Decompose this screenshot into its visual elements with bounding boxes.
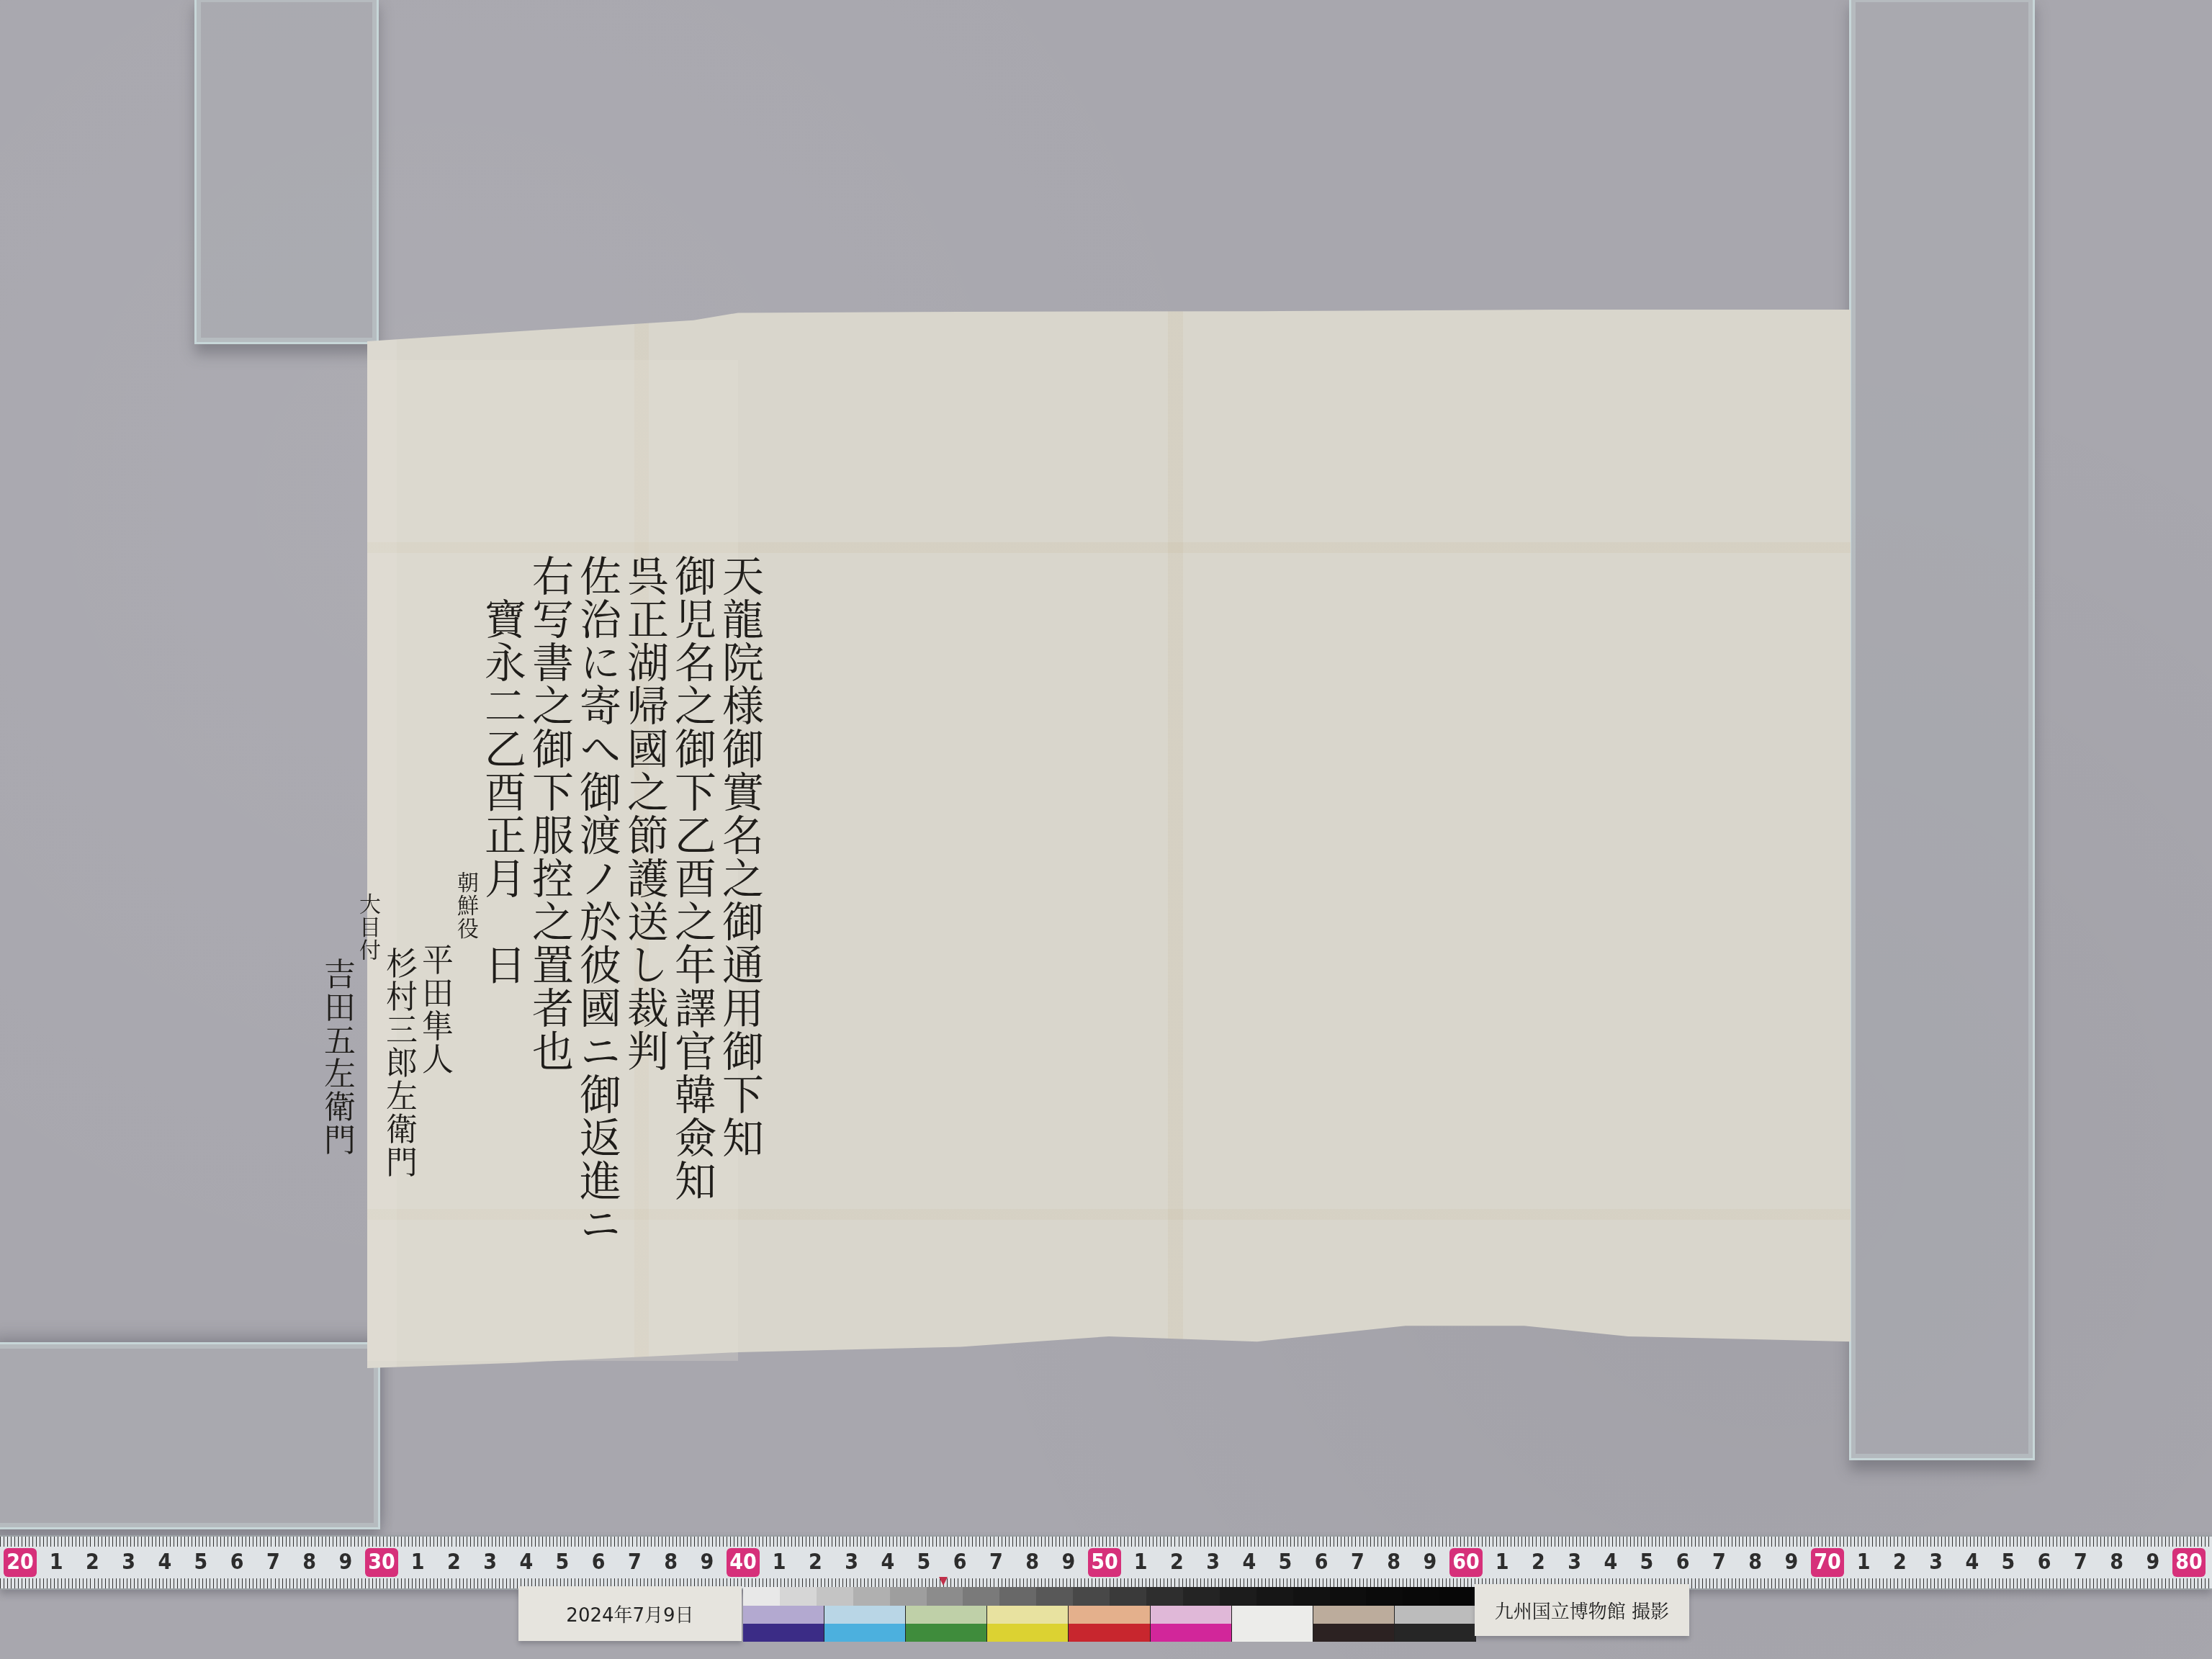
gray-step	[1146, 1587, 1183, 1606]
ruler-label: 60	[1449, 1548, 1483, 1577]
ruler-label: 9	[2139, 1548, 2167, 1577]
ruler-label: 40	[727, 1548, 760, 1577]
measuring-tape: 2012345678930123456789401234567895012345…	[0, 1535, 2212, 1590]
ruler-label: 3	[476, 1548, 505, 1577]
ruler-label: 2	[1885, 1548, 1914, 1577]
signatory-2: 杉村三郎左衛門	[380, 554, 416, 1246]
color-patch	[824, 1606, 906, 1642]
ruler-label: 1	[1126, 1548, 1155, 1577]
ruler-label: 70	[1811, 1548, 1844, 1577]
ruler-label: 30	[365, 1548, 398, 1577]
text-column-2: 御児名之御下乙酉之年譯官韓僉知	[668, 554, 716, 1246]
gray-step	[963, 1587, 999, 1606]
date-column: 寶永二乙酉正月 日	[478, 554, 526, 1246]
ruler-label: 8	[1380, 1548, 1408, 1577]
ruler-label: 2	[439, 1548, 468, 1577]
ruler-label: 1	[42, 1548, 71, 1577]
gray-step	[1403, 1587, 1439, 1606]
ruler-label: 6	[584, 1548, 613, 1577]
ruler-label: 5	[1271, 1548, 1300, 1577]
ruler-label: 1	[1849, 1548, 1878, 1577]
ruler-marker-icon	[939, 1577, 948, 1586]
gray-step	[1220, 1587, 1256, 1606]
gray-step	[743, 1587, 780, 1606]
ruler-label: 2	[1524, 1548, 1552, 1577]
ruler-label: 4	[512, 1548, 541, 1577]
color-patch	[906, 1606, 987, 1642]
gray-step	[1073, 1587, 1110, 1606]
gray-step	[890, 1587, 927, 1606]
grayscale-strip	[743, 1587, 1476, 1606]
ruler-label: 7	[620, 1548, 649, 1577]
ruler-label: 4	[873, 1548, 902, 1577]
signatory-1: 平田隼人	[416, 554, 452, 1246]
ruler-label: 3	[837, 1548, 866, 1577]
ruler-label: 2	[1162, 1548, 1191, 1577]
ruler-label: 6	[945, 1548, 974, 1577]
color-patch	[1313, 1606, 1395, 1642]
ruler-label: 5	[1994, 1548, 2023, 1577]
ruler-label: 8	[1018, 1548, 1047, 1577]
ruler-label: 80	[2172, 1548, 2206, 1577]
credit-label: 九州国立博物館 撮影	[1475, 1584, 1689, 1636]
gray-step	[1110, 1587, 1146, 1606]
office-title-1: 朝鮮役	[452, 554, 478, 1246]
ruler-label: 6	[1307, 1548, 1336, 1577]
gray-step	[1183, 1587, 1220, 1606]
manuscript-text: 天龍院様御實名之御通用御下知 御児名之御下乙酉之年譯官韓僉知 呉正湖帰國之節護送…	[389, 554, 763, 1246]
ruler-label: 7	[981, 1548, 1010, 1577]
ruler-label: 5	[548, 1548, 577, 1577]
ruler-label: 6	[222, 1548, 251, 1577]
ruler-label: 5	[186, 1548, 215, 1577]
ruler-label: 20	[4, 1548, 37, 1577]
signatory-3: 吉田五左衛門	[318, 554, 354, 1246]
text-column-4: 佐治に寄へ御渡ノ於彼國ニ御返進ニ	[573, 554, 621, 1246]
ruler-label: 8	[657, 1548, 685, 1577]
gray-step	[853, 1587, 890, 1606]
gray-step	[1366, 1587, 1403, 1606]
gray-step	[817, 1587, 853, 1606]
ruler-label: 8	[2103, 1548, 2131, 1577]
gray-step	[999, 1587, 1036, 1606]
ruler-label: 4	[150, 1548, 179, 1577]
gray-step	[1439, 1587, 1476, 1606]
gray-step	[927, 1587, 963, 1606]
gray-step	[1256, 1587, 1293, 1606]
color-patch	[1232, 1606, 1313, 1642]
ruler-label: 1	[403, 1548, 432, 1577]
color-patch	[1151, 1606, 1232, 1642]
ruler-label: 9	[331, 1548, 360, 1577]
ruler-label: 50	[1088, 1548, 1121, 1577]
office-title-2: 大目付	[354, 554, 380, 1246]
color-patch	[987, 1606, 1069, 1642]
text-column-3: 呉正湖帰國之節護送し裁判	[621, 554, 668, 1246]
glass-weight-bottom-left	[0, 1342, 380, 1529]
glass-weight-top-left	[194, 0, 379, 344]
ruler-label: 8	[1741, 1548, 1770, 1577]
ruler-label: 9	[693, 1548, 721, 1577]
color-patch	[1395, 1606, 1476, 1642]
text-column-5: 右写書之御下服控之置者也	[526, 554, 573, 1246]
glass-weight-right	[1849, 0, 2035, 1460]
color-patch	[743, 1606, 824, 1642]
color-patches	[743, 1606, 1476, 1642]
ruler-label: 9	[1416, 1548, 1444, 1577]
ruler-label: 7	[1343, 1548, 1372, 1577]
gray-step	[1036, 1587, 1073, 1606]
ruler-label: 7	[1704, 1548, 1733, 1577]
ruler-label: 3	[1199, 1548, 1228, 1577]
gray-step	[1330, 1587, 1367, 1606]
ruler-label: 4	[1958, 1548, 1987, 1577]
text-column-1: 天龍院様御實名之御通用御下知	[716, 554, 763, 1246]
color-patch	[1069, 1606, 1150, 1642]
ruler-label: 1	[765, 1548, 793, 1577]
ruler-label: 3	[1560, 1548, 1589, 1577]
ruler-label: 6	[2030, 1548, 2059, 1577]
ruler-label: 2	[78, 1548, 107, 1577]
ruler-label: 9	[1777, 1548, 1806, 1577]
ruler-label: 1	[1488, 1548, 1516, 1577]
ruler-label: 3	[114, 1548, 143, 1577]
ruler-label: 9	[1054, 1548, 1083, 1577]
ruler-label: 6	[1668, 1548, 1697, 1577]
ruler-label: 7	[2066, 1548, 2095, 1577]
ruler-label: 8	[295, 1548, 324, 1577]
ruler-label: 4	[1596, 1548, 1625, 1577]
ruler-label: 5	[909, 1548, 938, 1577]
gray-step	[780, 1587, 817, 1606]
date-label: 2024年7月9日	[518, 1586, 742, 1641]
ruler-label: 5	[1632, 1548, 1661, 1577]
gray-step	[1293, 1587, 1330, 1606]
ruler-label: 2	[801, 1548, 829, 1577]
ruler-label: 7	[258, 1548, 287, 1577]
ruler-label: 4	[1235, 1548, 1264, 1577]
ruler-label: 3	[1922, 1548, 1951, 1577]
